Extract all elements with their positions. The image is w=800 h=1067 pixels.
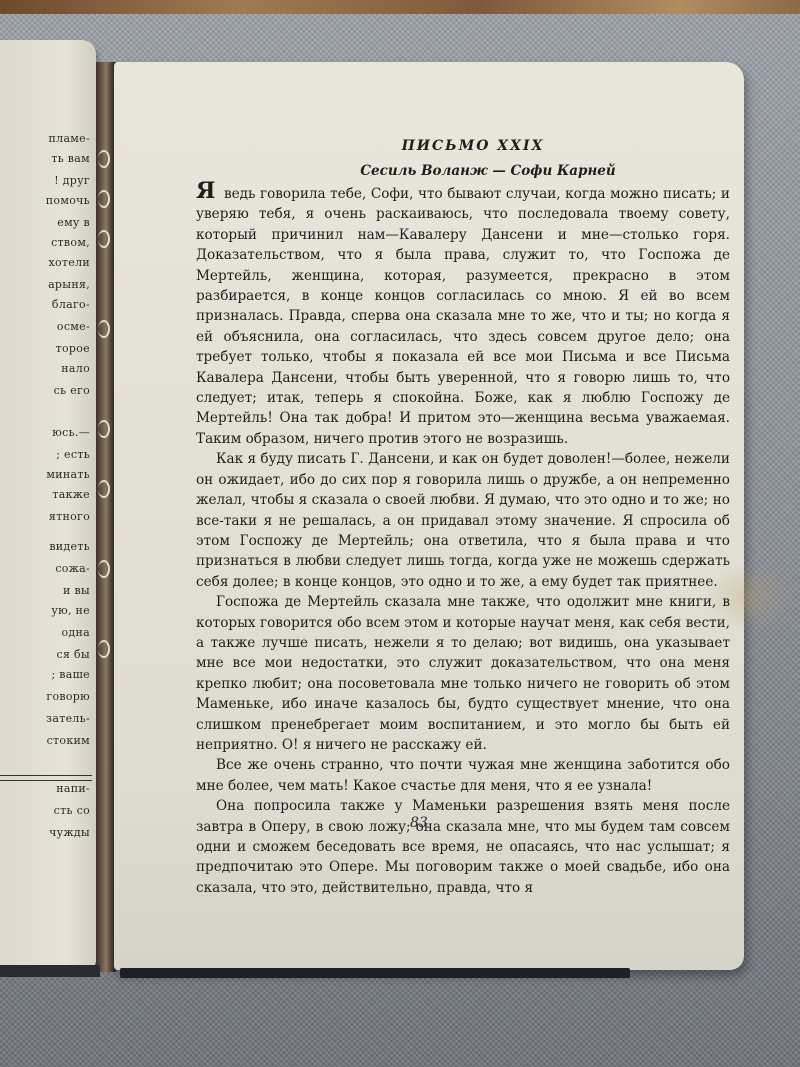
binding-thread bbox=[98, 230, 110, 248]
left-page-text-fragment: минать bbox=[46, 468, 90, 481]
page-number: 83 bbox=[410, 815, 428, 831]
letter-subtitle: Сесиль Воланж — Софи Карней bbox=[246, 160, 730, 182]
left-page-text-fragment: ть вам bbox=[51, 152, 90, 165]
left-page-text-fragment: одна bbox=[62, 626, 91, 639]
left-page-text-fragment: говорю bbox=[46, 690, 90, 703]
drop-cap: Я bbox=[196, 178, 215, 204]
left-page-text-fragment: арыня, bbox=[48, 278, 90, 291]
left-page-text-fragment: затель- bbox=[46, 712, 90, 725]
left-page-text-fragment: также bbox=[52, 488, 90, 501]
book-cover-edge bbox=[120, 968, 630, 978]
paragraph: Я ведь говорила тебе, Софи, что бывают с… bbox=[196, 182, 730, 449]
left-page-text-fragment: нало bbox=[61, 362, 90, 375]
left-page-text-fragment: чужды bbox=[49, 826, 90, 839]
left-page-text-fragment: ую, не bbox=[51, 604, 90, 617]
left-page-text-fragment: сожа- bbox=[55, 562, 90, 575]
left-page-text-fragment: ему в bbox=[57, 216, 90, 229]
binding-thread bbox=[98, 150, 110, 168]
binding-thread bbox=[98, 640, 110, 658]
paragraph: Все же очень странно, что почти чужая мн… bbox=[196, 755, 730, 796]
left-page-text-fragment: торое bbox=[56, 342, 90, 355]
binding-thread bbox=[98, 190, 110, 208]
binding-thread bbox=[98, 420, 110, 438]
wooden-shelf-edge bbox=[0, 0, 800, 14]
paragraph: Госпожа де Мертейль сказала мне также, ч… bbox=[196, 592, 730, 755]
left-page-text-fragment: юсь.— bbox=[52, 426, 90, 439]
left-page-text-fragment: сь его bbox=[54, 384, 90, 397]
book-cover-edge-left bbox=[0, 965, 100, 977]
left-page-text-fragment: видеть bbox=[49, 540, 90, 553]
binding-thread bbox=[98, 320, 110, 338]
left-page-text-fragment: пламе- bbox=[49, 132, 90, 145]
left-page-rule bbox=[0, 780, 92, 781]
left-page-text-fragment: ятного bbox=[49, 510, 90, 523]
left-page-text-fragment: и вы bbox=[63, 584, 90, 597]
binding-thread bbox=[98, 560, 110, 578]
left-page-text-fragment: осме- bbox=[57, 320, 90, 333]
paragraph-text: ведь говорила тебе, Софи, что бывают слу… bbox=[196, 186, 730, 447]
paragraph: Как я буду писать Г. Дансени, и как он б… bbox=[196, 449, 730, 592]
left-page-text-fragment: стоким bbox=[47, 734, 90, 747]
binding-thread bbox=[98, 480, 110, 498]
left-page-text-fragment: ся бы bbox=[57, 648, 90, 661]
left-page-text-fragment: ; есть bbox=[56, 448, 90, 461]
left-page-text-fragment: хотели bbox=[48, 256, 90, 269]
left-page-rule bbox=[0, 775, 92, 776]
left-page: пламе-ть вам! другпомочьему вством,хотел… bbox=[0, 40, 96, 970]
left-page-text-fragment: ; ваше bbox=[52, 668, 91, 681]
left-page-text-fragment: помочь bbox=[46, 194, 90, 207]
left-page-text-fragment: сть со bbox=[54, 804, 90, 817]
left-page-text-fragment: ! друг bbox=[54, 174, 90, 187]
left-page-text-fragment: ством, bbox=[51, 236, 90, 249]
left-page-text-fragment: благо- bbox=[52, 298, 90, 311]
left-page-text-fragment: напи- bbox=[56, 782, 90, 795]
paragraph: Она попросила также у Маменьки разрешени… bbox=[196, 796, 730, 898]
page-content: ПИСЬМО XXIX Сесиль Воланж — Софи Карней … bbox=[196, 136, 730, 898]
letter-title: ПИСЬМО XXIX bbox=[216, 136, 730, 156]
